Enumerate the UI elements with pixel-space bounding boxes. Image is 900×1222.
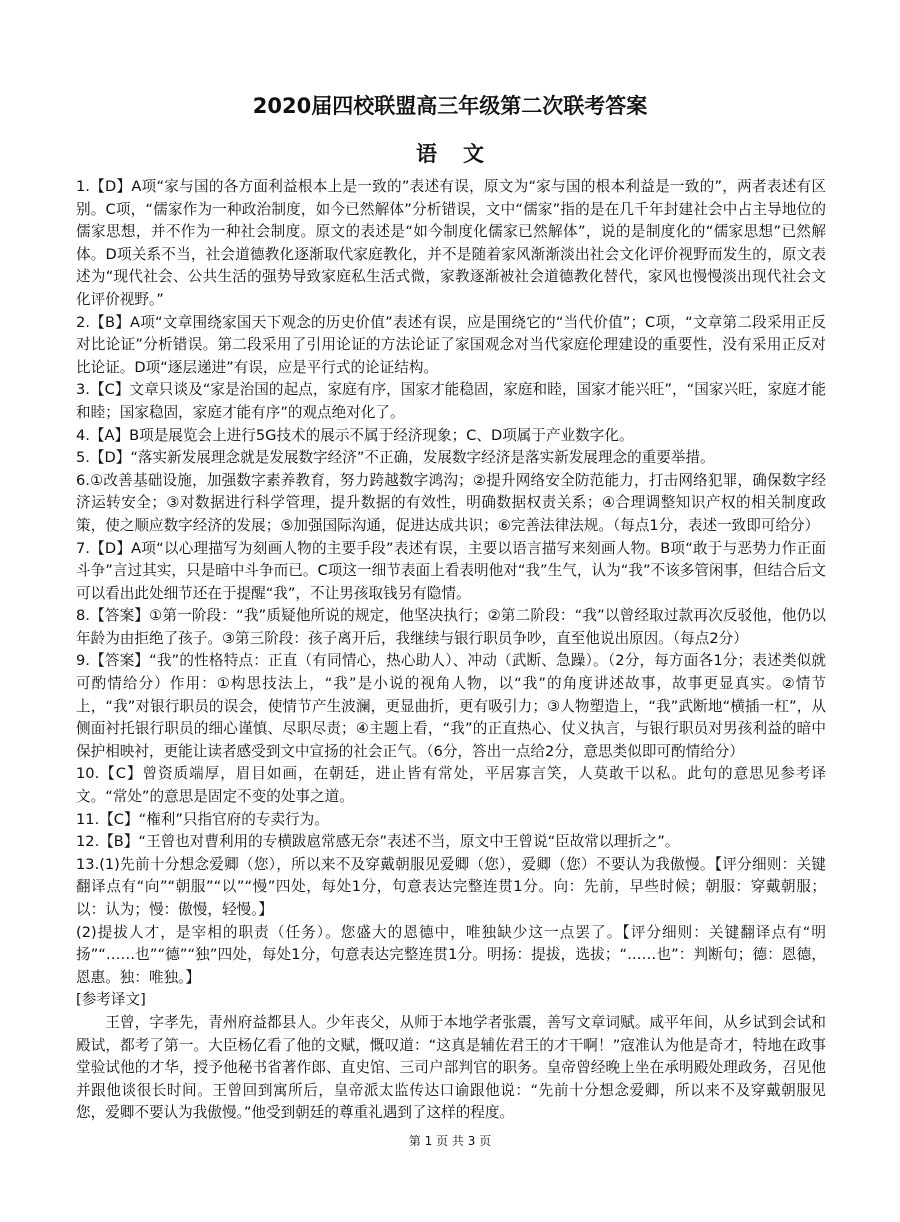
answer-11: 11.【C】“権利”只指官府的专卖行为。 bbox=[76, 809, 826, 832]
answer-8: 8.【答案】①第一阶段：“我”质疑他所说的规定，他坚决执行；②第二阶段：“我”以… bbox=[76, 605, 826, 650]
answer-1: 1.【D】A项“家与国的各方面利益根本上是一致的”表述有误，原文为“家与国的根本… bbox=[76, 176, 826, 312]
answer-7: 7.【D】A项“以心理描写为刻画人物的主要手段”表述有误，主要以语言描写来刻画人… bbox=[76, 538, 826, 606]
answer-6: 6.①改善基础设施，加强数字素养教育，努力跨越数字鸿沟；②提升网络安全防范能力，… bbox=[76, 470, 826, 538]
subject-heading: 语文 bbox=[0, 138, 900, 168]
document-title: 2020届四校联盟高三年级第二次联考答案 bbox=[0, 90, 900, 120]
answer-12: 12.【B】“王曾也对曹利用的专横跋扈常感无奈”表述不当，原文中王曾说“臣故常以… bbox=[76, 831, 826, 854]
reference-translation: 王曾，字孝先，青州府益都县人。少年丧父，从师于本地学者张震，善写文章词赋。咸平年… bbox=[76, 1012, 826, 1125]
answer-9: 9.【答案】“我”的性格特点：正直（有同情心，热心助人）、冲动（武断、急躁）。（… bbox=[76, 650, 826, 763]
answer-4: 4.【A】B项是展览会上进行5G技术的展示不属于经济现象；C、D项属于产业数字化… bbox=[76, 425, 826, 448]
document-page: 2020届四校联盟高三年级第二次联考答案 语文 1.【D】A项“家与国的各方面利… bbox=[0, 0, 900, 1222]
reference-translation-label: [参考译文] bbox=[76, 989, 826, 1012]
answer-content: 1.【D】A项“家与国的各方面利益根本上是一致的”表述有误，原文为“家与国的根本… bbox=[76, 176, 826, 1125]
answer-5: 5.【D】“落实新发展理念就是发展数字经济”不正确，发展数字经济是落实新发展理念… bbox=[76, 447, 826, 470]
answer-3: 3.【C】文章只谈及“家是治国的起点，家庭有序，国家才能稳固，家庭和睦，国家才能… bbox=[76, 379, 826, 424]
answer-10: 10.【C】曾资质端厚，眉目如画，在朝廷，进止皆有常处，平居寡言笑，人莫敢干以私… bbox=[76, 763, 826, 808]
answer-13-2: (2)提拔人才，是宰相的职责（任务）。您盛大的恩德中，唯独缺少这一点罢了。【评分… bbox=[76, 922, 826, 990]
answer-13-1: 13.(1)先前十分想念爱卿（您），所以来不及穿戴朝服见爱卿（您），爱卿（您）不… bbox=[76, 854, 826, 922]
answer-2: 2.【B】A项“文章围绕家国天下观念的历史价值”表述有误，应是围绕它的“当代价值… bbox=[76, 312, 826, 380]
page-number: 第 1 页 共 3 页 bbox=[0, 1132, 900, 1149]
